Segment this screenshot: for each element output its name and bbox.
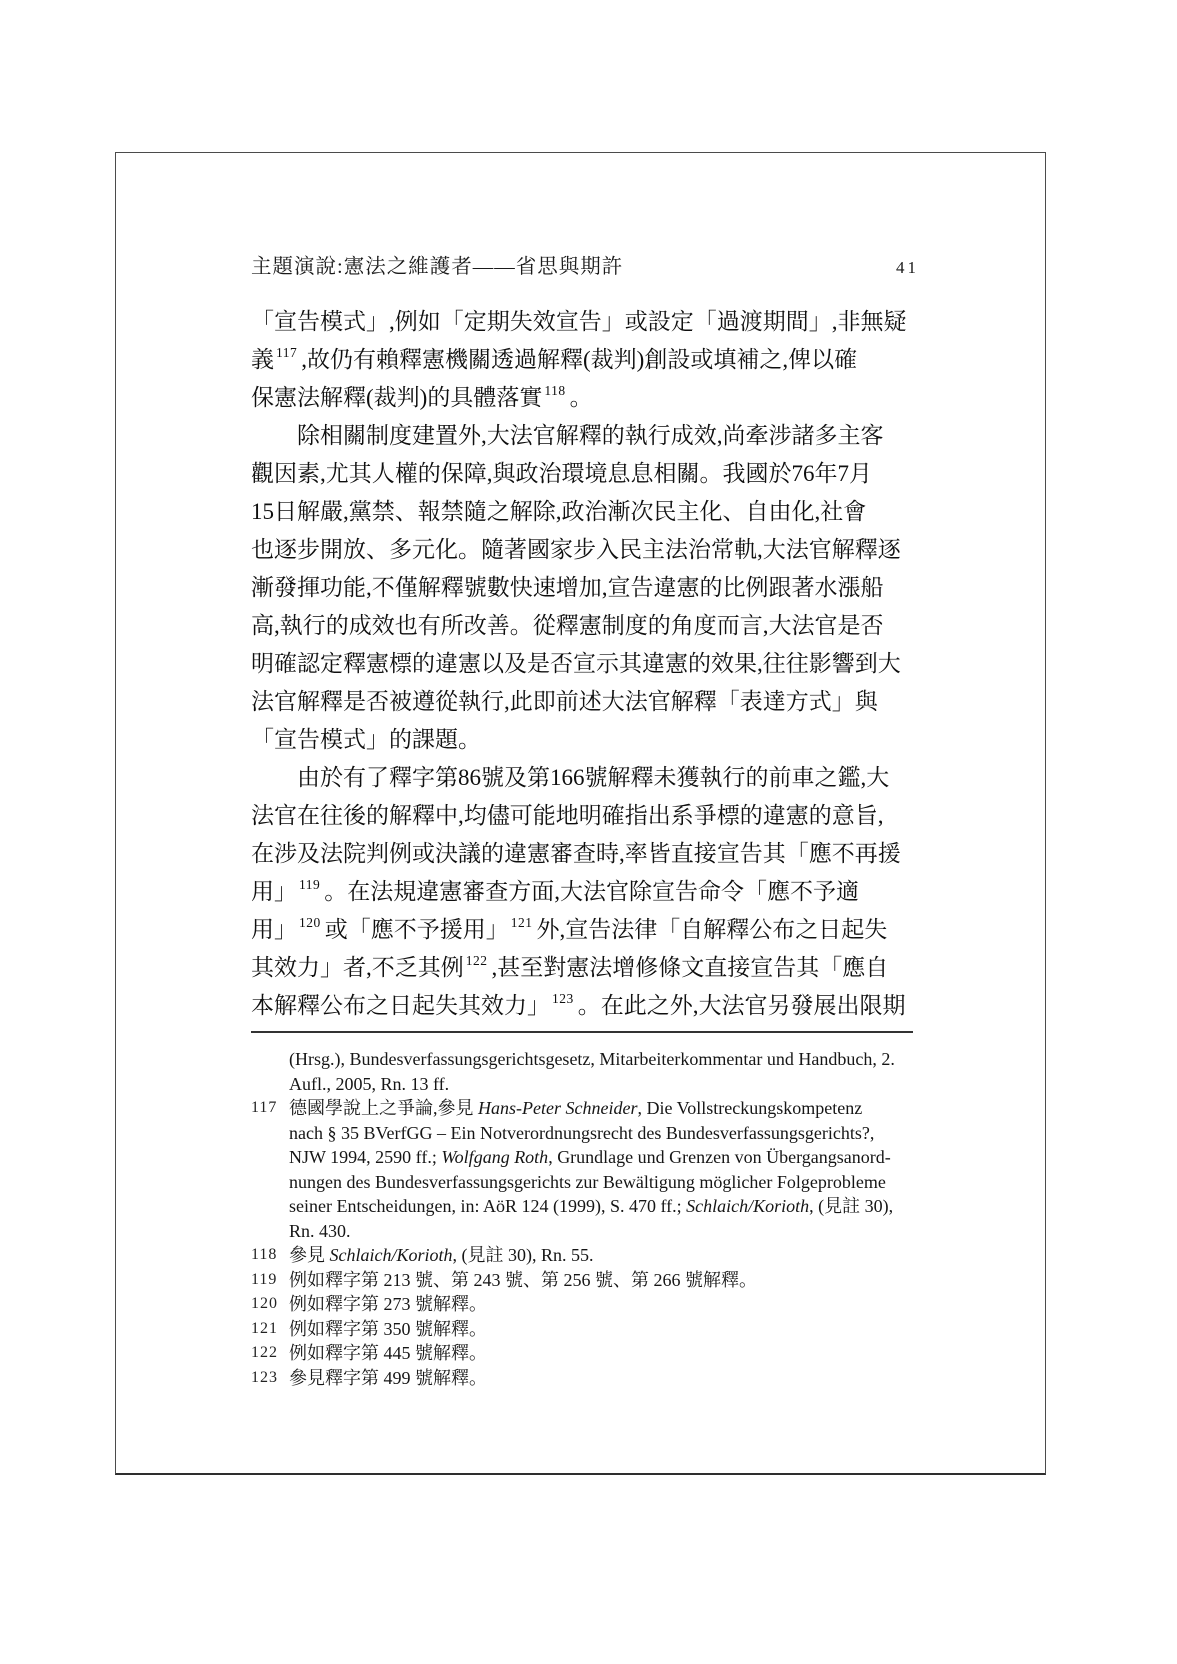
text-segment: , Grundlage und Grenzen von Übergangsano… <box>548 1147 891 1167</box>
footnote-divider <box>251 1031 913 1033</box>
text-segment: , Die Vollstreckungskompetenz <box>637 1098 862 1118</box>
text-segment: 15日解嚴,黨禁、報禁隨之解除,政治漸次民主化、自由化,社會 <box>251 499 866 524</box>
footnote-number: 119 <box>251 1268 289 1293</box>
text-segment: 本解釋公布之日起失其效力」 <box>251 993 550 1018</box>
footnote-item: 118參見 Schlaich/Korioth, (見註 30), Rn. 55. <box>251 1243 921 1268</box>
footnote-item: 122例如釋字第 445 號解釋。 <box>251 1341 921 1366</box>
body-line: 保憲法解釋(裁判)的具體落實118。 <box>251 379 921 417</box>
running-header: 主題演說:憲法之維護者——省思與期許 41 <box>251 249 919 279</box>
text-segment: 明確認定釋憲標的違憲以及是否宣示其違憲的效果,往往影響到大 <box>251 651 901 676</box>
footnote-line: 例如釋字第 445 號解釋。 <box>289 1341 921 1366</box>
text-segment: 例如釋字第 350 號解釋。 <box>289 1319 487 1339</box>
footnote-line: 例如釋字第 273 號解釋。 <box>289 1292 921 1317</box>
header-title: 主題演說:憲法之維護者——省思與期許 <box>251 249 623 279</box>
footnote-text: 德國學說上之爭論,參見 Hans-Peter Schneider, Die Vo… <box>289 1096 921 1243</box>
page-number: 41 <box>896 258 919 278</box>
text-segment: nungen des Bundesverfassungsgerichts zur… <box>289 1172 886 1192</box>
body-line: 用」119。在法規違憲審查方面,大法官除宣告命令「應不予適 <box>251 873 921 911</box>
body-line: 法官解釋是否被遵從執行,此即前述大法官解釋「表達方式」與 <box>251 683 921 721</box>
text-segment: 除相關制度建置外,大法官解釋的執行成效,尚牽涉諸多主客 <box>297 423 884 448</box>
footnote-line: 例如釋字第 213 號、第 243 號、第 256 號、第 266 號解釋。 <box>289 1268 921 1293</box>
body-line: 15日解嚴,黨禁、報禁隨之解除,政治漸次民主化、自由化,社會 <box>251 493 921 531</box>
body-line: 其效力」者,不乏其例122,甚至對憲法增修條文直接宣告其「應自 <box>251 949 921 987</box>
footnote-line: 德國學說上之爭論,參見 Hans-Peter Schneider, Die Vo… <box>289 1096 921 1121</box>
footnote-item: (Hrsg.), Bundesverfassungsgerichtsgesetz… <box>251 1047 921 1096</box>
text-segment: 。 <box>570 385 593 410</box>
footnote-number: 122 <box>251 1341 289 1366</box>
body-line: 本解釋公布之日起失其效力」123。在此之外,大法官另發展出限期 <box>251 987 921 1025</box>
body-line: 高,執行的成效也有所改善。從釋憲制度的角度而言,大法官是否 <box>251 607 921 645</box>
footnote-item: 123參見釋字第 499 號解釋。 <box>251 1366 921 1391</box>
footnote-number: 121 <box>251 1317 289 1342</box>
text-segment: 參見釋字第 499 號解釋。 <box>289 1368 487 1388</box>
text-segment: Rn. 430. <box>289 1221 351 1241</box>
text-segment: 德國學說上之爭論,參見 <box>289 1098 478 1118</box>
text-segment: 法官在往後的解釋中,均儘可能地明確指出系爭標的違憲的意旨, <box>251 803 884 828</box>
text-segment: seiner Entscheidungen, in: AöR 124 (1999… <box>289 1196 686 1216</box>
text-segment: (Hrsg.), Bundesverfassungsgerichtsgesetz… <box>289 1049 895 1069</box>
footnote-line: 參見釋字第 499 號解釋。 <box>289 1366 921 1391</box>
footnote-item: 117德國學說上之爭論,參見 Hans-Peter Schneider, Die… <box>251 1096 921 1243</box>
text-segment: , (見註 30), Rn. 55. <box>453 1245 594 1265</box>
document-canvas: 主題演說:憲法之維護者——省思與期許 41 「宣告模式」,例如「定期失效宣告」或… <box>0 0 1177 1664</box>
italic-text: Schlaich/Korioth <box>330 1245 453 1265</box>
body-line: 漸發揮功能,不僅解釋號數快速增加,宣告違憲的比例跟著水漲船 <box>251 569 921 607</box>
text-segment: 法官解釋是否被遵從執行,此即前述大法官解釋「表達方式」與 <box>251 689 878 714</box>
body-line: 觀因素,尤其人權的保障,與政治環境息息相關。我國於76年7月 <box>251 455 921 493</box>
text-segment: 由於有了釋字第86號及第166號解釋未獲執行的前車之鑑,大 <box>297 765 889 790</box>
footnote-line: Rn. 430. <box>289 1219 921 1244</box>
footnote-ref: 118 <box>544 383 565 398</box>
footnote-ref: 123 <box>552 991 574 1006</box>
text-segment: , (見註 30), <box>809 1196 893 1216</box>
text-segment: 用」 <box>251 917 297 942</box>
italic-text: Wolfgang Roth <box>441 1147 548 1167</box>
body-line: 義117,故仍有賴釋憲機關透過解釋(裁判)創設或填補之,俾以確 <box>251 341 921 379</box>
footnote-line: 例如釋字第 350 號解釋。 <box>289 1317 921 1342</box>
footnote-text: 參見釋字第 499 號解釋。 <box>289 1366 921 1391</box>
text-segment: 例如釋字第 445 號解釋。 <box>289 1343 487 1363</box>
footnote-text: 例如釋字第 445 號解釋。 <box>289 1341 921 1366</box>
footnote-line: 參見 Schlaich/Korioth, (見註 30), Rn. 55. <box>289 1243 921 1268</box>
footnote-line: seiner Entscheidungen, in: AöR 124 (1999… <box>289 1194 921 1219</box>
footnote-text: (Hrsg.), Bundesverfassungsgerichtsgesetz… <box>289 1047 921 1096</box>
text-segment: 保憲法解釋(裁判)的具體落實 <box>251 385 542 410</box>
text-segment: 。在此之外,大法官另發展出限期 <box>578 993 906 1018</box>
footnote-text: 例如釋字第 350 號解釋。 <box>289 1317 921 1342</box>
footnote-line: nungen des Bundesverfassungsgerichts zur… <box>289 1170 921 1195</box>
body-line: 用」120或「應不予援用」121外,宣告法律「自解釋公布之日起失 <box>251 911 921 949</box>
footnote-number: 123 <box>251 1366 289 1391</box>
text-segment: 例如釋字第 273 號解釋。 <box>289 1294 487 1314</box>
text-segment: 高,執行的成效也有所改善。從釋憲制度的角度而言,大法官是否 <box>251 613 884 638</box>
footnote-ref: 119 <box>299 877 320 892</box>
footnote-number <box>251 1047 289 1096</box>
footnote-number: 120 <box>251 1292 289 1317</box>
italic-text: Schlaich/Korioth <box>686 1196 809 1216</box>
text-segment: 用」 <box>251 879 297 904</box>
footnote-number: 118 <box>251 1243 289 1268</box>
body-line: 也逐步開放、多元化。隨著國家步入民主法治常軌,大法官解釋逐 <box>251 531 921 569</box>
text-segment: 外,宣告法律「自解釋公布之日起失 <box>537 917 888 942</box>
body-line: 在涉及法院判例或決議的違憲審查時,率皆直接宣告其「應不再援 <box>251 835 921 873</box>
footnote-item: 121例如釋字第 350 號解釋。 <box>251 1317 921 1342</box>
body-line: 由於有了釋字第86號及第166號解釋未獲執行的前車之鑑,大 <box>251 759 921 797</box>
text-segment: 「宣告模式」,例如「定期失效宣告」或設定「過渡期間」,非無疑 <box>251 309 907 334</box>
text-segment: 其效力」者,不乏其例 <box>251 955 464 980</box>
body-line: 「宣告模式」的課題。 <box>251 721 921 759</box>
text-segment: 在涉及法院判例或決議的違憲審查時,率皆直接宣告其「應不再援 <box>251 841 901 866</box>
footnote-item: 120例如釋字第 273 號解釋。 <box>251 1292 921 1317</box>
text-segment: 觀因素,尤其人權的保障,與政治環境息息相關。我國於76年7月 <box>251 461 872 486</box>
body-text: 「宣告模式」,例如「定期失效宣告」或設定「過渡期間」,非無疑義117,故仍有賴釋… <box>251 303 921 1025</box>
text-segment: ,甚至對憲法增修條文直接宣告其「應自 <box>492 955 889 980</box>
footnote-line: nach § 35 BVerfGG – Ein Notverordnungsre… <box>289 1121 921 1146</box>
footnote-line: NJW 1994, 2590 ff.; Wolfgang Roth, Grund… <box>289 1145 921 1170</box>
italic-text: Hans-Peter Schneider <box>478 1098 637 1118</box>
page: 主題演說:憲法之維護者——省思與期許 41 「宣告模式」,例如「定期失效宣告」或… <box>115 152 1046 1475</box>
text-segment: nach § 35 BVerfGG – Ein Notverordnungsre… <box>289 1123 874 1143</box>
footnotes: (Hrsg.), Bundesverfassungsgerichtsgesetz… <box>251 1047 921 1390</box>
text-segment: 例如釋字第 213 號、第 243 號、第 256 號、第 266 號解釋。 <box>289 1270 757 1290</box>
text-segment: 或「應不予援用」 <box>325 917 509 942</box>
footnote-line: Aufl., 2005, Rn. 13 ff. <box>289 1072 921 1097</box>
paragraph: 除相關制度建置外,大法官解釋的執行成效,尚牽涉諸多主客觀因素,尤其人權的保障,與… <box>251 417 921 759</box>
text-segment: 「宣告模式」的課題。 <box>251 727 481 752</box>
body-line: 法官在往後的解釋中,均儘可能地明確指出系爭標的違憲的意旨, <box>251 797 921 835</box>
text-segment: 。在法規違憲審查方面,大法官除宣告命令「應不予適 <box>324 879 859 904</box>
paragraph: 由於有了釋字第86號及第166號解釋未獲執行的前車之鑑,大法官在往後的解釋中,均… <box>251 759 921 1025</box>
text-segment: NJW 1994, 2590 ff.; <box>289 1147 441 1167</box>
footnote-text: 例如釋字第 273 號解釋。 <box>289 1292 921 1317</box>
text-segment: 參見 <box>289 1245 330 1265</box>
footnote-number: 117 <box>251 1096 289 1243</box>
footnote-ref: 121 <box>511 915 533 930</box>
text-segment: 義 <box>251 347 274 372</box>
body-line: 除相關制度建置外,大法官解釋的執行成效,尚牽涉諸多主客 <box>251 417 921 455</box>
paragraph: 「宣告模式」,例如「定期失效宣告」或設定「過渡期間」,非無疑義117,故仍有賴釋… <box>251 303 921 417</box>
text-segment: 也逐步開放、多元化。隨著國家步入民主法治常軌,大法官解釋逐 <box>251 537 901 562</box>
footnote-ref: 120 <box>299 915 321 930</box>
footnote-text: 參見 Schlaich/Korioth, (見註 30), Rn. 55. <box>289 1243 921 1268</box>
text-segment: ,故仍有賴釋憲機關透過解釋(裁判)創設或填補之,俾以確 <box>301 347 857 372</box>
footnote-text: 例如釋字第 213 號、第 243 號、第 256 號、第 266 號解釋。 <box>289 1268 921 1293</box>
text-segment: Aufl., 2005, Rn. 13 ff. <box>289 1074 449 1094</box>
footnote-line: (Hrsg.), Bundesverfassungsgerichtsgesetz… <box>289 1047 921 1072</box>
body-line: 「宣告模式」,例如「定期失效宣告」或設定「過渡期間」,非無疑 <box>251 303 921 341</box>
footnote-item: 119例如釋字第 213 號、第 243 號、第 256 號、第 266 號解釋… <box>251 1268 921 1293</box>
text-segment: 漸發揮功能,不僅解釋號數快速增加,宣告違憲的比例跟著水漲船 <box>251 575 884 600</box>
body-line: 明確認定釋憲標的違憲以及是否宣示其違憲的效果,往往影響到大 <box>251 645 921 683</box>
footnote-ref: 117 <box>276 345 297 360</box>
footnote-ref: 122 <box>466 953 488 968</box>
